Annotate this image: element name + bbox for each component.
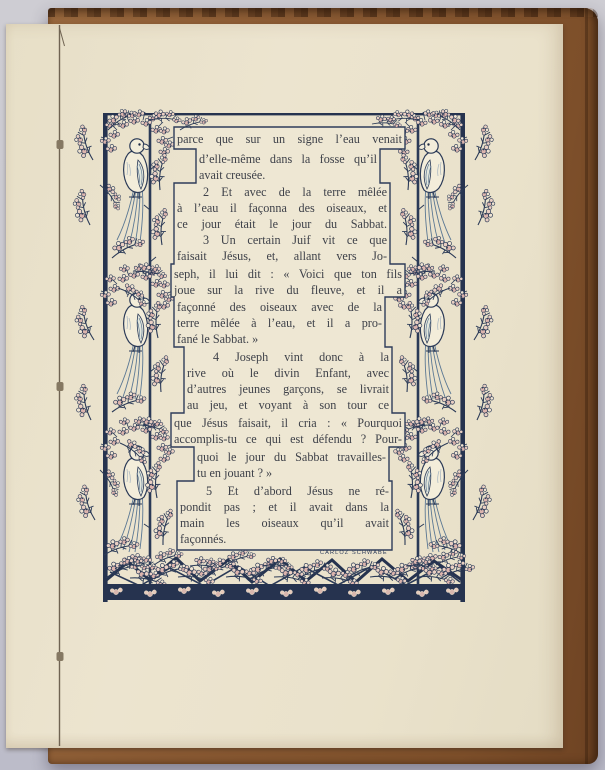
text-line: tu en jouant ? » [197,465,386,481]
text-line: au jeu, et voyant à son tour ce [187,397,389,413]
text-line: 5 Et d’abord Jésus ne ré- [180,483,389,499]
text-section: 5 Et d’abord Jésus ne ré-pondit pas ; et… [180,483,389,547]
text-section: d’elle-même dans la fosse qu’ilavait cre… [199,151,377,183]
text-line: d’elle-même dans la fosse qu’il [199,151,377,167]
text-line: 2 Et avec de la terre mêlée [177,184,387,200]
text-line: 3 Un certain Juif vit ce que [177,232,387,248]
text-line: faisait Jésus, et, allant vers Jo- [177,248,387,264]
text-line: façonnés. [180,531,389,547]
text-section: parce que sur un signe l’eau venait [177,131,402,147]
text-section: que Jésus faisait, il cria : « Pourquoia… [174,415,402,447]
text-line: parce que sur un signe l’eau venait [177,131,402,147]
text-line: accomplis-tu ce qui est défendu ? Pour- [174,431,402,447]
text-line: d’autres jeunes garçons, se livrait [187,381,389,397]
text-line: ce jour était le jour du Sabbat. [177,216,387,232]
artist-signature: CARLOZ SCHWABE [320,550,398,556]
text-section: quoi le jour du Sabbat travailles-tu en … [197,449,386,481]
text-line: fané le Sabbat. » [177,331,382,347]
text-line: façonné des oiseaux avec de la [177,299,382,315]
left-ornament-column [72,104,183,602]
text-section: façonné des oiseaux avec de laterre mêlé… [177,299,382,347]
text-line: main les oiseaux qu’il avait [180,515,389,531]
bottom-thorn-band [102,546,476,600]
text-line: terre mêlée à l’eau, et il a pro- [177,315,382,331]
binding-thread [57,25,65,746]
text-line: pondit pas ; et il avait dans la [180,499,389,515]
text-line: que Jésus faisait, il cria : « Pourquoi [174,415,402,431]
text-section: seph, il lui dit : « Voici que ton filsj… [174,266,402,298]
text-line: avait creusée. [199,167,377,183]
right-ornament-column [386,104,497,602]
text-line: quoi le jour du Sabbat travailles- [197,449,386,465]
text-line: 4 Joseph vint donc à la [187,349,389,365]
text-line: rive où le divin Enfant, avec [187,365,389,381]
text-section: 2 Et avec de la terre mêléeà l’eau il fa… [177,184,387,264]
photo-background: parce que sur un signe l’eau venait d’el… [0,0,605,770]
text-line: seph, il lui dit : « Voici que ton fils [174,266,402,282]
text-section: 4 Joseph vint donc à larive où le divin … [187,349,389,413]
text-line: joue sur la rive du fleuve, et il a [174,282,402,298]
text-line: à l’eau il façonna des oiseaux, et [177,200,387,216]
